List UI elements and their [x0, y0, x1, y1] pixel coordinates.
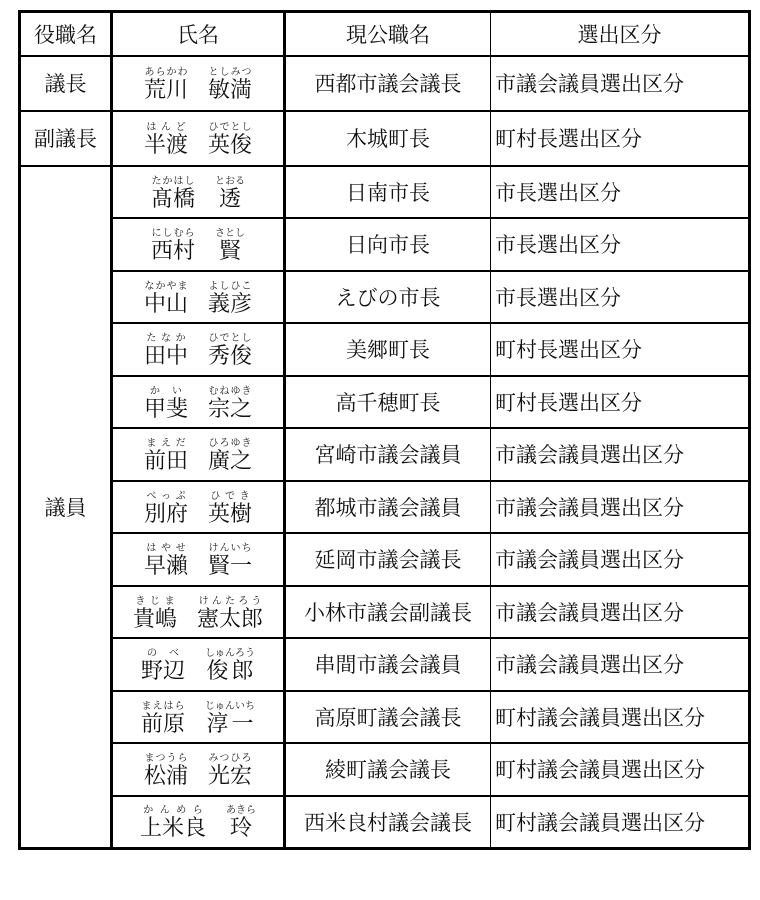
given-name: 淳一	[205, 711, 255, 736]
name-cell: 別府べっぷ英樹ひでき	[112, 481, 285, 534]
member-row: 別府べっぷ英樹ひでき 都城市議会議員 市議会議員選出区分	[20, 481, 750, 534]
member-name: 半渡はんど英俊ひでとし	[144, 122, 252, 156]
surname-with-furigana: 半渡はんど	[144, 132, 188, 157]
surname-furigana: たなか	[144, 333, 188, 344]
surname-with-furigana: 前原まえはら	[141, 711, 185, 736]
given-name-with-furigana: 義彦よしひこ	[208, 291, 252, 316]
given-name-furigana: ひでき	[208, 491, 252, 502]
member-row: 西村にしむら賢さとし 日向市長 市長選出区分	[20, 218, 750, 271]
public-office-cell: えびの市長	[285, 271, 491, 324]
given-name: 廣之	[208, 448, 252, 473]
given-name-furigana: しゅんろう	[205, 648, 255, 659]
name-cell: 田中たなか秀俊ひでとし	[112, 323, 285, 376]
member-row: 野辺のべ俊郎しゅんろう 串間市議会議員 市議会議員選出区分	[20, 638, 750, 691]
member-row: 早瀨はやせ賢一けんいち 延岡市議会議長 市議会議員選出区分	[20, 533, 750, 586]
given-name: 俊郎	[205, 658, 255, 683]
name-cell: 前原まえはら淳一じゅんいち	[112, 691, 285, 744]
given-name-with-furigana: 英俊ひでとし	[208, 132, 252, 157]
public-office-cell: 延岡市議会議長	[285, 533, 491, 586]
public-office-cell: 日南市長	[285, 166, 491, 219]
given-name-furigana: じゅんいち	[205, 701, 255, 712]
name-cell: 髙橋たかはし透とおる	[112, 166, 285, 219]
member-name: 別府べっぷ英樹ひでき	[144, 491, 252, 525]
surname-furigana: たかはし	[151, 176, 195, 187]
member-name: 上米良かんめら玲あきら	[140, 805, 256, 839]
public-office-cell: 木城町長	[285, 111, 491, 166]
given-name-furigana: けんたろう	[197, 596, 263, 607]
surname-with-furigana: 前田まえだ	[144, 448, 188, 473]
given-name: 光宏	[208, 763, 252, 788]
surname: 田中	[144, 343, 188, 368]
public-office-cell: 綾町議会議長	[285, 743, 491, 796]
surname-furigana: はんど	[144, 122, 188, 133]
election-category-cell: 市長選出区分	[491, 218, 750, 271]
surname-with-furigana: 野辺のべ	[141, 658, 185, 683]
table-body: 議長 荒川あらかわ敏満としみつ 西都市議会議長 市議会議員選出区分 副議長 半渡…	[20, 56, 750, 849]
surname-furigana: にしむら	[151, 228, 195, 239]
header-position-title: 役職名	[20, 12, 112, 56]
given-name-with-furigana: 賢一けんいち	[208, 553, 252, 578]
surname-with-furigana: 荒川あらかわ	[144, 77, 188, 102]
surname: 松浦	[144, 763, 188, 788]
given-name-furigana: さとし	[215, 228, 245, 239]
given-name-furigana: ひでとし	[208, 333, 252, 344]
surname-with-furigana: 別府べっぷ	[144, 501, 188, 526]
surname-with-furigana: 上米良かんめら	[140, 815, 206, 840]
member-row: 議長 荒川あらかわ敏満としみつ 西都市議会議長 市議会議員選出区分	[20, 56, 750, 111]
member-name: 貴嶋きじま憲太郎けんたろう	[133, 596, 263, 630]
document-page: 役職名 氏名 現公職名 選出区分 議長 荒川あらかわ敏満としみつ 西都市議会議長…	[0, 0, 760, 900]
public-office-cell: 小林市議会副議長	[285, 586, 491, 639]
election-category-cell: 町村長選出区分	[491, 376, 750, 429]
surname-with-furigana: 松浦まつうら	[144, 763, 188, 788]
surname-furigana: べっぷ	[144, 491, 188, 502]
member-name: 田中たなか秀俊ひでとし	[144, 333, 252, 367]
given-name-with-furigana: 賢さとし	[215, 238, 245, 263]
given-name-with-furigana: 光宏みつひろ	[208, 763, 252, 788]
given-name-furigana: とおる	[215, 176, 245, 187]
surname-with-furigana: 貴嶋きじま	[133, 606, 177, 631]
member-row: 甲斐かい宗之むねゆき 高千穂町長 町村長選出区分	[20, 376, 750, 429]
member-name: 荒川あらかわ敏満としみつ	[144, 67, 252, 101]
name-cell: 荒川あらかわ敏満としみつ	[112, 56, 285, 111]
surname-furigana: まつうら	[144, 753, 188, 764]
given-name-with-furigana: 宗之むねゆき	[208, 396, 252, 421]
name-cell: 上米良かんめら玲あきら	[112, 796, 285, 849]
given-name: 透	[215, 186, 245, 211]
public-office-cell: 西都市議会議長	[285, 56, 491, 111]
public-office-cell: 日向市長	[285, 218, 491, 271]
surname-with-furigana: 甲斐かい	[144, 396, 188, 421]
member-row: 貴嶋きじま憲太郎けんたろう 小林市議会副議長 市議会議員選出区分	[20, 586, 750, 639]
election-category-cell: 市議会議員選出区分	[491, 481, 750, 534]
given-name: 玲	[226, 815, 256, 840]
surname: 前田	[144, 448, 188, 473]
given-name-furigana: ひろゆき	[208, 438, 252, 449]
given-name-with-furigana: 敏満としみつ	[208, 77, 252, 102]
surname: 別府	[144, 501, 188, 526]
surname: 中山	[144, 291, 188, 316]
surname-with-furigana: 早瀨はやせ	[144, 553, 188, 578]
surname-furigana: まえだ	[144, 438, 188, 449]
officials-roster-table: 役職名 氏名 現公職名 選出区分 議長 荒川あらかわ敏満としみつ 西都市議会議長…	[18, 10, 751, 850]
public-office-cell: 宮崎市議会議員	[285, 428, 491, 481]
surname-with-furigana: 髙橋たかはし	[151, 186, 195, 211]
given-name-with-furigana: 透とおる	[215, 186, 245, 211]
given-name-furigana: けんいち	[208, 543, 252, 554]
election-category-cell: 町村議会議員選出区分	[491, 796, 750, 849]
surname-furigana: なかやま	[144, 281, 188, 292]
given-name: 義彦	[208, 291, 252, 316]
header-row: 役職名 氏名 現公職名 選出区分	[20, 12, 750, 56]
member-row: 前田まえだ廣之ひろゆき 宮崎市議会議員 市議会議員選出区分	[20, 428, 750, 481]
given-name-with-furigana: 廣之ひろゆき	[208, 448, 252, 473]
given-name: 憲太郎	[197, 606, 263, 631]
public-office-cell: 高千穂町長	[285, 376, 491, 429]
election-category-cell: 市議会議員選出区分	[491, 586, 750, 639]
given-name: 英俊	[208, 132, 252, 157]
surname: 上米良	[140, 815, 206, 840]
position-cell: 副議長	[20, 111, 112, 166]
member-name: 西村にしむら賢さとし	[151, 228, 245, 262]
surname: 貴嶋	[133, 606, 177, 631]
given-name: 賢	[215, 238, 245, 263]
member-row: 副議長 半渡はんど英俊ひでとし 木城町長 町村長選出区分	[20, 111, 750, 166]
given-name-with-furigana: 憲太郎けんたろう	[197, 606, 263, 631]
public-office-cell: 高原町議会議長	[285, 691, 491, 744]
surname-furigana: かい	[144, 386, 188, 397]
given-name-with-furigana: 秀俊ひでとし	[208, 343, 252, 368]
header-election-category: 選出区分	[491, 12, 750, 56]
public-office-cell: 串間市議会議員	[285, 638, 491, 691]
given-name: 英樹	[208, 501, 252, 526]
public-office-cell: 都城市議会議員	[285, 481, 491, 534]
public-office-cell: 西米良村議会議長	[285, 796, 491, 849]
member-name: 前田まえだ廣之ひろゆき	[144, 438, 252, 472]
surname: 野辺	[141, 658, 185, 683]
given-name-furigana: あきら	[226, 805, 256, 816]
given-name: 秀俊	[208, 343, 252, 368]
election-category-cell: 町村議会議員選出区分	[491, 691, 750, 744]
election-category-cell: 市長選出区分	[491, 271, 750, 324]
name-cell: 前田まえだ廣之ひろゆき	[112, 428, 285, 481]
given-name-furigana: よしひこ	[208, 281, 252, 292]
surname-with-furigana: 西村にしむら	[151, 238, 195, 263]
member-name: 甲斐かい宗之むねゆき	[144, 386, 252, 420]
election-category-cell: 市議会議員選出区分	[491, 638, 750, 691]
given-name: 宗之	[208, 396, 252, 421]
name-cell: 早瀨はやせ賢一けんいち	[112, 533, 285, 586]
given-name: 賢一	[208, 553, 252, 578]
surname-furigana: きじま	[133, 596, 177, 607]
name-cell: 貴嶋きじま憲太郎けんたろう	[112, 586, 285, 639]
header-public-office: 現公職名	[285, 12, 491, 56]
surname: 甲斐	[144, 396, 188, 421]
surname-with-furigana: 田中たなか	[144, 343, 188, 368]
given-name: 敏満	[208, 77, 252, 102]
member-name: 前原まえはら淳一じゅんいち	[141, 701, 255, 735]
public-office-cell: 美郷町長	[285, 323, 491, 376]
given-name-furigana: としみつ	[208, 67, 252, 78]
member-name: 野辺のべ俊郎しゅんろう	[141, 648, 255, 682]
surname-with-furigana: 中山なかやま	[144, 291, 188, 316]
position-cell: 議員	[20, 166, 112, 849]
surname: 荒川	[144, 77, 188, 102]
election-category-cell: 町村議会議員選出区分	[491, 743, 750, 796]
election-category-cell: 町村長選出区分	[491, 323, 750, 376]
surname-furigana: まえはら	[141, 701, 185, 712]
member-row: 前原まえはら淳一じゅんいち 高原町議会議長 町村議会議員選出区分	[20, 691, 750, 744]
election-category-cell: 市長選出区分	[491, 166, 750, 219]
surname: 早瀨	[144, 553, 188, 578]
surname-furigana: あらかわ	[144, 67, 188, 78]
given-name-furigana: むねゆき	[208, 386, 252, 397]
header-name: 氏名	[112, 12, 285, 56]
member-name: 中山なかやま義彦よしひこ	[144, 281, 252, 315]
member-name: 髙橋たかはし透とおる	[151, 176, 245, 210]
name-cell: 松浦まつうら光宏みつひろ	[112, 743, 285, 796]
name-cell: 野辺のべ俊郎しゅんろう	[112, 638, 285, 691]
surname: 髙橋	[151, 186, 195, 211]
member-row: 松浦まつうら光宏みつひろ 綾町議会議長 町村議会議員選出区分	[20, 743, 750, 796]
member-row: 上米良かんめら玲あきら 西米良村議会議長 町村議会議員選出区分	[20, 796, 750, 849]
surname: 前原	[141, 711, 185, 736]
name-cell: 甲斐かい宗之むねゆき	[112, 376, 285, 429]
position-cell: 議長	[20, 56, 112, 111]
surname: 半渡	[144, 132, 188, 157]
election-category-cell: 市議会議員選出区分	[491, 56, 750, 111]
member-row: 中山なかやま義彦よしひこ えびの市長 市長選出区分	[20, 271, 750, 324]
surname: 西村	[151, 238, 195, 263]
member-name: 早瀨はやせ賢一けんいち	[144, 543, 252, 577]
given-name-furigana: ひでとし	[208, 122, 252, 133]
surname-furigana: のべ	[141, 648, 185, 659]
surname-furigana: かんめら	[140, 805, 206, 816]
given-name-furigana: みつひろ	[208, 753, 252, 764]
given-name-with-furigana: 俊郎しゅんろう	[205, 658, 255, 683]
member-row: 議員 髙橋たかはし透とおる 日南市長 市長選出区分	[20, 166, 750, 219]
given-name-with-furigana: 玲あきら	[226, 815, 256, 840]
given-name-with-furigana: 淳一じゅんいち	[205, 711, 255, 736]
given-name-with-furigana: 英樹ひでき	[208, 501, 252, 526]
name-cell: 半渡はんど英俊ひでとし	[112, 111, 285, 166]
election-category-cell: 市議会議員選出区分	[491, 533, 750, 586]
election-category-cell: 町村長選出区分	[491, 111, 750, 166]
election-category-cell: 市議会議員選出区分	[491, 428, 750, 481]
member-name: 松浦まつうら光宏みつひろ	[144, 753, 252, 787]
member-row: 田中たなか秀俊ひでとし 美郷町長 町村長選出区分	[20, 323, 750, 376]
name-cell: 西村にしむら賢さとし	[112, 218, 285, 271]
surname-furigana: はやせ	[144, 543, 188, 554]
name-cell: 中山なかやま義彦よしひこ	[112, 271, 285, 324]
